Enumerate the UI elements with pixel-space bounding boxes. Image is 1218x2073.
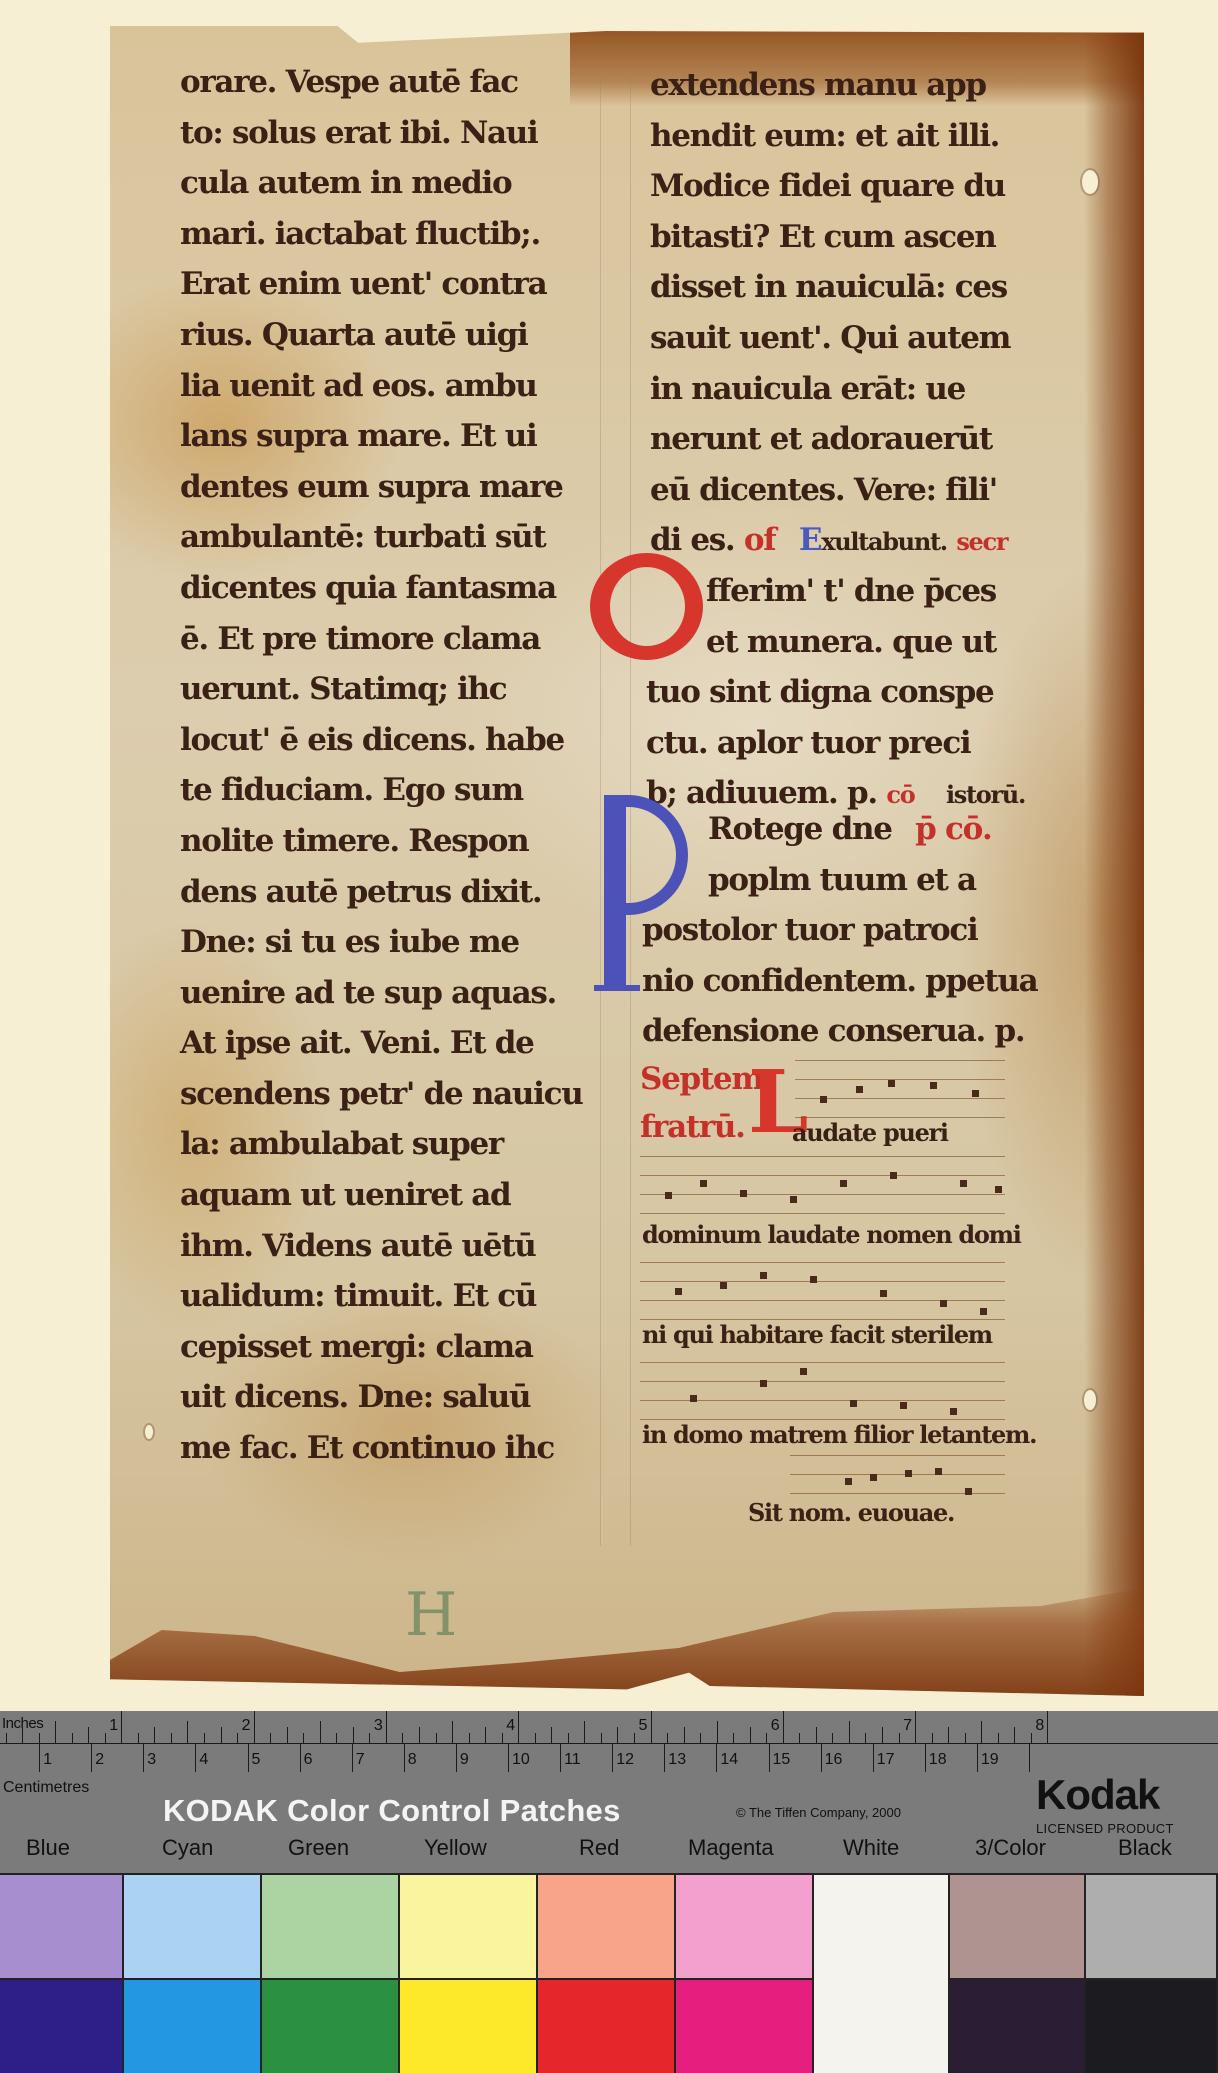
neume [700,1180,707,1187]
inch-tick [237,1733,238,1743]
cm-number: 17 [877,1751,895,1769]
inch-tick [485,1727,486,1743]
neume [845,1478,852,1485]
card-title: KODAK Color Control Patches [163,1793,621,1829]
inch-tick [121,1711,122,1743]
inch-number: 1 [109,1717,118,1735]
blue-initial-E: E [799,522,821,558]
text-line: rius. Quarta autē uigi [180,310,582,361]
neume [850,1400,857,1407]
patch-red-dark [538,1978,676,2073]
text-line: aquam ut ueniret ad [180,1170,582,1221]
patch-white [814,1873,950,2073]
inch-tick [1047,1711,1048,1743]
patch-magenta-dark [676,1978,814,2073]
inch-tick [402,1733,403,1743]
text-line: cepisset mergi: clama [180,1322,582,1373]
parchment-hole [1082,170,1098,194]
inch-tick [369,1733,370,1743]
cm-number: 1 [43,1751,52,1769]
text-line: nolite timere. Respon [180,816,582,867]
text-line: lia uenit ad eos. ambu [180,361,582,412]
neume [935,1468,942,1475]
text-line: di es. of Exultabunt. secr [650,515,1010,566]
rubric-line: fratrū. [640,1102,763,1150]
cm-tick [352,1744,353,1772]
inch-tick [436,1733,437,1743]
inch-tick [832,1733,833,1743]
text-line: poplm tuum et a [708,855,991,906]
text-line: Modice fidei quare du [650,161,1010,212]
inch-tick [601,1733,602,1743]
text-line: defensione conserua. p. [642,1006,1037,1057]
inch-tick [452,1721,453,1743]
text-line: scendens petr' de nauicu [180,1069,582,1120]
patch-red-light [538,1873,676,1978]
stain-right [1084,26,1144,1696]
text-line: nerunt et adorauerūt [650,414,1010,465]
cm-tick [716,1744,717,1772]
chant-line: dominum laudate nomen domi [642,1210,1021,1261]
neume [972,1090,979,1097]
cm-number: 12 [616,1751,634,1769]
parchment-hole [145,1425,153,1439]
cm-tick [456,1744,457,1772]
inch-tick [717,1721,718,1743]
inch-number: 3 [374,1717,383,1735]
inch-tick [187,1721,188,1743]
inch-tick [568,1733,569,1743]
neume [760,1380,767,1387]
neume [840,1180,847,1187]
inch-tick [518,1711,519,1743]
text-line: uenire ad te sup aquas. [180,968,582,1019]
text-line: extendens manu app [650,60,1010,111]
cm-number: 3 [147,1751,156,1769]
cm-tick [560,1744,561,1772]
text-line: locut' ē eis dicens. habe [180,715,582,766]
neume [888,1080,895,1087]
patch-cyan-dark [124,1978,262,2073]
neume [720,1282,727,1289]
kodak-color-card: Inches 123456781234567891011121314151617… [0,1711,1218,2073]
chant-line: in domo matrem filior letantem. [642,1410,1036,1461]
neume [665,1192,672,1199]
cm-tick [664,1744,665,1772]
neume [760,1272,767,1279]
text-line: nio confidentem. ppetua [642,956,1037,1007]
inch-tick [783,1711,784,1743]
inch-tick [849,1721,850,1743]
patch-blue-dark [0,1978,124,2073]
text-line: ē. Et pre timore clama [180,614,582,665]
cm-number: 18 [929,1751,947,1769]
cm-number: 7 [356,1751,365,1769]
cm-tick [404,1744,405,1772]
patch-label-green: Green [288,1835,349,1861]
rubric-postcommunion: p̄ cō. [915,811,991,847]
text-line: to: solus erat ibi. Naui [180,108,582,159]
cm-number: 16 [825,1751,843,1769]
cm-tick [977,1744,978,1772]
inch-tick [419,1727,420,1743]
offertory-block-cont: tuo sint digna conspe ctu. aplor tuor pr… [646,667,1025,819]
cm-number: 4 [199,1751,208,1769]
postcommunion-block: Rotege dne p̄ cō. poplm tuum et a [708,804,991,905]
inch-tick [55,1721,56,1743]
cm-number: 11 [564,1751,581,1769]
inch-tick [551,1727,552,1743]
text-line: Rotege dne p̄ cō. [708,804,991,855]
inch-tick [320,1721,321,1743]
patch-magenta-light [676,1873,814,1978]
inch-tick [816,1727,817,1743]
text-line: ualidum: timuit. Et cū [180,1271,582,1322]
text-line: et munera. que ut [706,617,996,668]
cm-tick [248,1744,249,1772]
text-line: lans supra mare. Et ui [180,411,582,462]
inch-tick [932,1733,933,1743]
text-line: ihm. Videns autē uētū [180,1221,582,1272]
text-line: tuo sint digna conspe [646,667,1025,718]
patch-label-3color: 3/Color [975,1835,1046,1861]
inch-tick [72,1733,73,1743]
cm-number: 10 [512,1751,530,1769]
inch-tick [733,1733,734,1743]
inch-number: 2 [242,1717,251,1735]
text-line: uit dicens. Dne: saluū [180,1372,582,1423]
patch-blue-light [0,1873,124,1978]
inch-tick [469,1733,470,1743]
cm-tick [91,1744,92,1772]
inch-tick [634,1733,635,1743]
offertory-block: fferim' t' dne p̄ces et munera. que ut [706,566,996,667]
inch-tick [336,1733,337,1743]
patch-label-blue: Blue [26,1835,70,1861]
marginal-green-H: H [405,1580,457,1650]
neume [880,1290,887,1297]
cm-tick [1029,1744,1030,1772]
neume [940,1300,947,1307]
cm-number: 13 [668,1751,686,1769]
neume [930,1082,937,1089]
cm-tick [821,1744,822,1772]
neume [856,1086,863,1093]
neume [740,1190,747,1197]
text-line: mari. iactabat fluctib;. [180,209,582,260]
inch-tick [799,1733,800,1743]
patch-green-dark [262,1978,400,2073]
neume [965,1488,972,1495]
cm-tick [612,1744,613,1772]
inch-tick [6,1733,7,1743]
licensed-product: LICENSED PRODUCT [1036,1821,1174,1836]
text-line: la: ambulabat super [180,1119,582,1170]
cm-tick [143,1744,144,1772]
neume [900,1402,907,1409]
cm-number: 19 [981,1751,999,1769]
inch-tick [154,1727,155,1743]
postcommunion-block-cont: postolor tuor patroci nio confidentem. p… [642,905,1037,1057]
chant-text: ni qui habitare facit sterilem [642,1310,992,1361]
text-line: dens autē petrus dixit. [180,867,582,918]
chant-text: audate pueri [792,1108,948,1159]
text-line: ambulantē: turbati sūt [180,512,582,563]
inch-number: 4 [506,1717,515,1735]
neume [890,1172,897,1179]
inch-tick [684,1727,685,1743]
neume [810,1276,817,1283]
inch-tick [750,1727,751,1743]
cm-number: 8 [408,1751,417,1769]
inch-tick [502,1733,503,1743]
inch-tick [204,1733,205,1743]
text-line: Erat enim uent' contra [180,259,582,310]
inch-tick [882,1727,883,1743]
inch-tick [965,1733,966,1743]
inch-tick [915,1711,916,1743]
cm-tick [39,1744,40,1772]
inch-tick [22,1727,23,1743]
cm-number: 15 [773,1751,791,1769]
patch-3color-dark [950,1978,1086,2073]
text-line: me fac. Et continuo ihc [180,1423,582,1474]
text-line: sauit uent'. Qui autem [650,313,1010,364]
color-patches [0,1873,1218,2073]
text-line: At ipse ait. Veni. Et de [180,1018,582,1069]
inch-tick [981,1721,982,1743]
neume [800,1368,807,1375]
text-line: orare. Vespe autē fac [180,57,582,108]
inch-tick [584,1721,585,1743]
patch-label-white: White [843,1835,899,1861]
text-line: fferim' t' dne p̄ces [706,566,996,617]
patch-green-light [262,1873,400,1978]
inch-tick [700,1733,701,1743]
parchment-hole [1084,1390,1096,1410]
cm-number: 14 [720,1751,738,1769]
neume [790,1196,797,1203]
inch-tick [88,1727,89,1743]
text-line: disset in nauiculā: ces [650,262,1010,313]
inch-tick [865,1733,866,1743]
neume [690,1395,697,1402]
patch-label-red: Red [579,1835,619,1861]
inch-tick [221,1727,222,1743]
red-initial-O [590,553,703,660]
inch-tick [270,1733,271,1743]
patch-yellow-dark [400,1978,538,2073]
septem-rubric: Septem fratrū. [640,1054,763,1150]
patch-black-light [1086,1873,1218,1978]
inch-tick [535,1733,536,1743]
text-line: in nauicula erāt: ue [650,364,1010,415]
chant-line: Sit nom. euouae. [748,1488,954,1539]
final-versicle: Sit nom. euouae. [748,1488,954,1539]
inch-tick [667,1733,668,1743]
rubric-line: Septem [640,1054,763,1102]
chant-text: dominum laudate nomen domi [642,1210,1021,1261]
text-line: hendit eum: et ait illi. [650,111,1010,162]
inch-tick [39,1733,40,1743]
chant-line: audate pueri [792,1108,948,1159]
cm-tick [769,1744,770,1772]
cm-number: 6 [304,1751,313,1769]
patch-label-yellow: Yellow [424,1835,487,1861]
chant-line: ni qui habitare facit sterilem [642,1310,992,1361]
cm-number: 2 [95,1751,104,1769]
text-line: eū dicentes. Vere: fili' [650,465,1010,516]
neume [870,1474,877,1481]
text-line: uerunt. Statimq; ihc [180,664,582,715]
inch-tick [1014,1727,1015,1743]
inch-tick [303,1733,304,1743]
inch-tick [617,1727,618,1743]
cm-number: 9 [460,1751,469,1769]
text-line: bitasti? Et cum ascen [650,212,1010,263]
neume [960,1180,967,1187]
text-fragment: Rotege dne [708,811,892,847]
text-line: dicentes quia fantasma [180,563,582,614]
neume [905,1470,912,1477]
centimetres-label: Centimetres [3,1779,89,1797]
cm-tick [508,1744,509,1772]
patch-black-dark [1086,1978,1218,2073]
inch-tick [899,1733,900,1743]
kodak-logo: Kodak [1036,1771,1159,1819]
cm-number: 5 [252,1751,261,1769]
text-line: cula autem in medio [180,158,582,209]
copyright-text: © The Tiffen Company, 2000 [736,1805,901,1820]
cm-tick [873,1744,874,1772]
inch-tick [138,1733,139,1743]
patch-label-magenta: Magenta [688,1835,774,1861]
inch-tick [105,1733,106,1743]
inch-tick [998,1733,999,1743]
patch-label-cyan: Cyan [162,1835,213,1861]
inch-tick [1031,1733,1032,1743]
neume [995,1186,1002,1193]
text-line: Dne: si tu es iube me [180,917,582,968]
patch-3color-light [950,1873,1086,1978]
patch-yellow-light [400,1873,538,1978]
inch-tick [766,1733,767,1743]
inch-number: 5 [639,1717,648,1735]
text-line: dentes eum supra mare [180,462,582,513]
neume [675,1288,682,1295]
cm-tick [300,1744,301,1772]
right-text-column: extendens manu app hendit eum: et ait il… [650,60,1010,566]
cm-tick [195,1744,196,1772]
patch-cyan-light [124,1873,262,1978]
inch-number: 6 [771,1717,780,1735]
inch-tick [651,1711,652,1743]
stain-bottom [110,1576,1144,1696]
neume [820,1096,827,1103]
inch-tick [353,1727,354,1743]
left-text-column: orare. Vespe autē fac to: solus erat ibi… [180,57,582,1474]
inch-tick [386,1711,387,1743]
inch-tick [287,1727,288,1743]
blue-initial-P [590,795,690,995]
text-fragment: xultabunt. [821,527,947,556]
text-line: postolor tuor patroci [642,905,1037,956]
rubric-offertory: of [744,522,775,558]
patch-label-black: Black [1118,1835,1172,1861]
chant-text: in domo matrem filior letantem. [642,1410,1036,1461]
inch-tick [948,1727,949,1743]
inch-number: 8 [1035,1717,1044,1735]
cm-tick [925,1744,926,1772]
text-fragment: di es. [650,522,734,558]
rubric-secreta: secr [956,527,1007,556]
inch-tick [171,1733,172,1743]
text-line: te fiduciam. Ego sum [180,765,582,816]
inch-tick [254,1711,255,1743]
text-line: ctu. aplor tuor preci [646,718,1025,769]
inch-number: 7 [903,1717,912,1735]
